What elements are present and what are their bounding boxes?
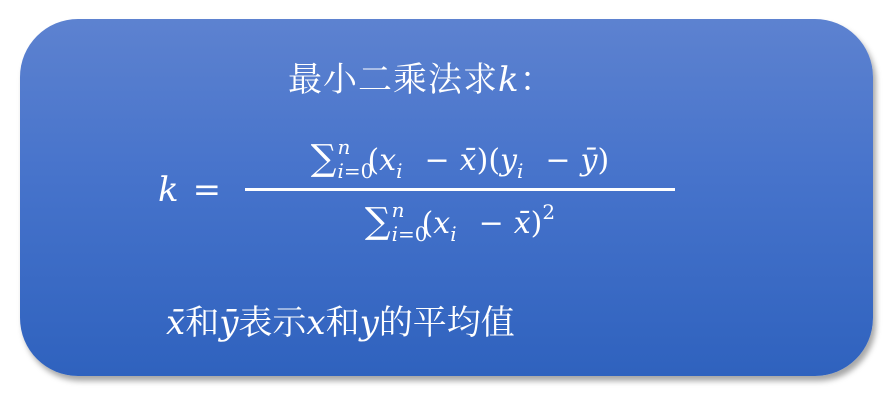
y-var: y: [360, 303, 379, 343]
close-paren: ): [531, 206, 543, 241]
x-subscript: i: [396, 159, 402, 183]
y-mean: ȳ: [219, 303, 238, 343]
fraction-bar: [245, 188, 675, 191]
lhs-variable: k: [158, 170, 179, 210]
title: 最小二乘法求k：: [288, 57, 648, 103]
mean-explanation: x̄和ȳ表示x和y的平均值: [166, 299, 515, 347]
close-paren: ): [477, 143, 489, 178]
power-exponent: 2: [542, 200, 555, 224]
and-text: 和: [326, 303, 360, 343]
upper-limit: n: [392, 199, 405, 221]
lower-limit: i=0: [337, 160, 373, 182]
minus-sign: −: [545, 143, 570, 178]
upper-limit: n: [337, 136, 350, 158]
title-variable: k: [498, 60, 520, 100]
sum-limits: ni=0: [337, 142, 367, 182]
x-var: x: [379, 143, 396, 178]
open-paren: (: [488, 143, 500, 178]
y-var: y: [500, 143, 517, 178]
lower-limit-value: =0: [398, 222, 427, 246]
formula-numerator: ∑ni=0(xi−x̄)(yi−ȳ): [245, 129, 675, 189]
minus-sign: −: [479, 206, 504, 241]
title-text: 最小二乘法求: [288, 60, 498, 100]
mean-text: 的平均值: [379, 303, 515, 343]
equals-sign: =: [193, 170, 222, 210]
and-text: 和: [185, 303, 219, 343]
minus-sign: −: [425, 143, 450, 178]
lower-limit: i=0: [392, 223, 428, 245]
x-var: x: [433, 206, 450, 241]
x-subscript: i: [450, 222, 456, 246]
title-colon: ：: [520, 60, 555, 100]
y-subscript: i: [517, 159, 523, 183]
x-var: x: [306, 303, 325, 343]
formula-card: 最小二乘法求k： k= ∑ni=0(xi−x̄)(yi−ȳ) ∑ni=0(xi−…: [20, 19, 873, 376]
close-paren: ): [597, 143, 609, 178]
lower-limit-value: =0: [344, 159, 373, 183]
formula-lhs: k=: [158, 165, 221, 215]
x-mean: x̄: [460, 143, 477, 178]
y-mean: ȳ: [581, 143, 598, 178]
sum-limits: ni=0: [392, 205, 422, 245]
sigma-icon: ∑: [365, 192, 391, 252]
x-mean: x̄: [166, 303, 185, 343]
sigma-icon: ∑: [311, 129, 337, 189]
x-mean: x̄: [514, 206, 531, 241]
represents-text: 表示: [238, 303, 306, 343]
formula-denominator: ∑ni=0(xi−x̄)2: [245, 192, 675, 252]
